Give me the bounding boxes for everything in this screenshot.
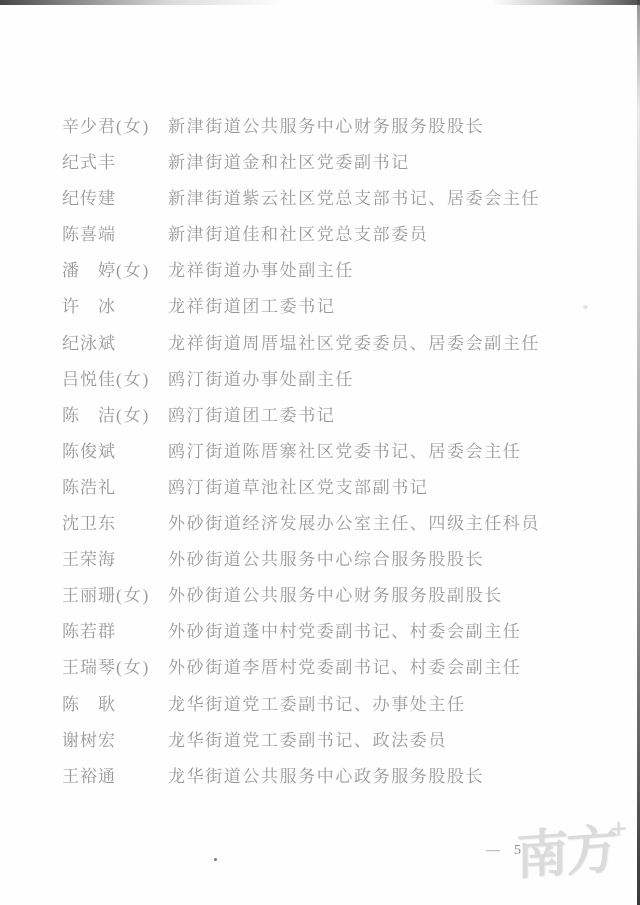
roster-row: 陈若群外砂街道蓬中村党委副书记、村委会副主任 — [62, 617, 602, 653]
person-position: 外砂街道经济发展办公室主任、四级主任科员 — [168, 509, 540, 534]
scanned-document-page: 辛少君(女)新津街道公共服务中心财务服务股股长纪式丰新津街道金和社区党委副书记纪… — [0, 0, 640, 905]
person-name: 许 冰 — [62, 292, 168, 317]
person-name: 陈 耿 — [62, 690, 168, 715]
person-position: 龙祥街道周厝塭社区党委委员、居委会副主任 — [168, 329, 540, 354]
roster-row: 沈卫东外砂街道经济发展办公室主任、四级主任科员 — [62, 509, 602, 545]
roster-row: 陈俊斌鸥汀街道陈厝寨社区党委书记、居委会主任 — [62, 437, 602, 473]
person-name: 陈 洁(女) — [62, 401, 168, 426]
gender-note: (女) — [116, 370, 150, 389]
person-position: 龙华街道公共服务中心政务服务股股长 — [168, 762, 484, 787]
person-name: 纪式丰 — [62, 148, 168, 173]
person-position: 龙华街道党工委副书记、政法委员 — [168, 726, 447, 751]
person-name: 吕悦佳(女) — [62, 365, 168, 390]
gender-note: (女) — [116, 586, 150, 605]
person-name: 王裕通 — [62, 762, 168, 787]
scan-speck — [214, 858, 217, 861]
roster-row: 吕悦佳(女)鸥汀街道办事处副主任 — [62, 365, 602, 401]
person-position: 龙华街道党工委副书记、办事处主任 — [168, 690, 466, 715]
person-name: 纪泳斌 — [62, 329, 168, 354]
gender-note: (女) — [116, 406, 150, 425]
person-position: 外砂街道公共服务中心财务服务股副股长 — [168, 581, 503, 606]
roster-row: 陈浩礼鸥汀街道草池社区党支部副书记 — [62, 473, 602, 509]
person-position: 外砂街道公共服务中心综合服务股股长 — [168, 545, 484, 570]
roster-row: 陈喜端新津街道佳和社区党总支部委员 — [62, 220, 602, 256]
appointment-roster: 辛少君(女)新津街道公共服务中心财务服务股股长纪式丰新津街道金和社区党委副书记纪… — [62, 112, 602, 798]
roster-row: 纪式丰新津街道金和社区党委副书记 — [62, 148, 602, 184]
roster-row: 辛少君(女)新津街道公共服务中心财务服务股股长 — [62, 112, 602, 148]
scan-speck — [583, 305, 588, 309]
person-position: 新津街道公共服务中心财务服务股股长 — [168, 112, 484, 137]
person-position: 新津街道佳和社区党总支部委员 — [168, 220, 428, 245]
person-name: 陈俊斌 — [62, 437, 168, 462]
roster-row: 王荣海外砂街道公共服务中心综合服务股股长 — [62, 545, 602, 581]
gender-note: (女) — [116, 261, 150, 280]
person-name: 王丽珊(女) — [62, 581, 168, 606]
roster-row: 谢树宏龙华街道党工委副书记、政法委员 — [62, 726, 602, 762]
roster-row: 纪传建新津街道紫云社区党总支部书记、居委会主任 — [62, 184, 602, 220]
roster-row: 陈 洁(女)鸥汀街道团工委书记 — [62, 401, 602, 437]
roster-row: 王瑞琴(女)外砂街道李厝村党委副书记、村委会副主任 — [62, 653, 602, 689]
person-position: 外砂街道李厝村党委副书记、村委会副主任 — [168, 653, 521, 678]
person-name: 谢树宏 — [62, 726, 168, 751]
roster-row: 纪泳斌龙祥街道周厝塭社区党委委员、居委会副主任 — [62, 329, 602, 365]
person-position: 鸥汀街道团工委书记 — [168, 401, 335, 426]
person-name: 王瑞琴(女) — [62, 653, 168, 678]
roster-row: 潘 婷(女)龙祥街道办事处副主任 — [62, 256, 602, 292]
roster-row: 王裕通龙华街道公共服务中心政务服务股股长 — [62, 762, 602, 798]
roster-row: 王丽珊(女)外砂街道公共服务中心财务服务股副股长 — [62, 581, 602, 617]
nanfang-plus-watermark: 南方+ — [516, 806, 625, 889]
person-name: 陈浩礼 — [62, 473, 168, 498]
person-position: 外砂街道蓬中村党委副书记、村委会副主任 — [168, 617, 521, 642]
person-name: 辛少君(女) — [62, 112, 168, 137]
gender-note: (女) — [116, 117, 150, 136]
watermark-plus-icon: + — [610, 812, 625, 846]
scan-artifact-top-edge — [0, 0, 640, 5]
person-position: 鸥汀街道草池社区党支部副书记 — [168, 473, 428, 498]
person-name: 纪传建 — [62, 184, 168, 209]
gender-note: (女) — [116, 658, 150, 677]
roster-row: 许 冰龙祥街道团工委书记 — [62, 292, 602, 328]
person-name: 王荣海 — [62, 545, 168, 570]
person-name: 陈若群 — [62, 617, 168, 642]
person-position: 新津街道紫云社区党总支部书记、居委会主任 — [168, 184, 540, 209]
person-position: 鸥汀街道陈厝寨社区党委书记、居委会主任 — [168, 437, 521, 462]
roster-row: 陈 耿龙华街道党工委副书记、办事处主任 — [62, 690, 602, 726]
watermark-text: 南方 — [516, 822, 616, 886]
person-position: 龙祥街道团工委书记 — [168, 292, 335, 317]
person-position: 鸥汀街道办事处副主任 — [168, 365, 354, 390]
person-position: 龙祥街道办事处副主任 — [168, 256, 354, 281]
person-name: 潘 婷(女) — [62, 256, 168, 281]
person-name: 陈喜端 — [62, 220, 168, 245]
person-name: 沈卫东 — [62, 509, 168, 534]
page-number-dash: — — [486, 843, 500, 859]
person-position: 新津街道金和社区党委副书记 — [168, 148, 410, 173]
